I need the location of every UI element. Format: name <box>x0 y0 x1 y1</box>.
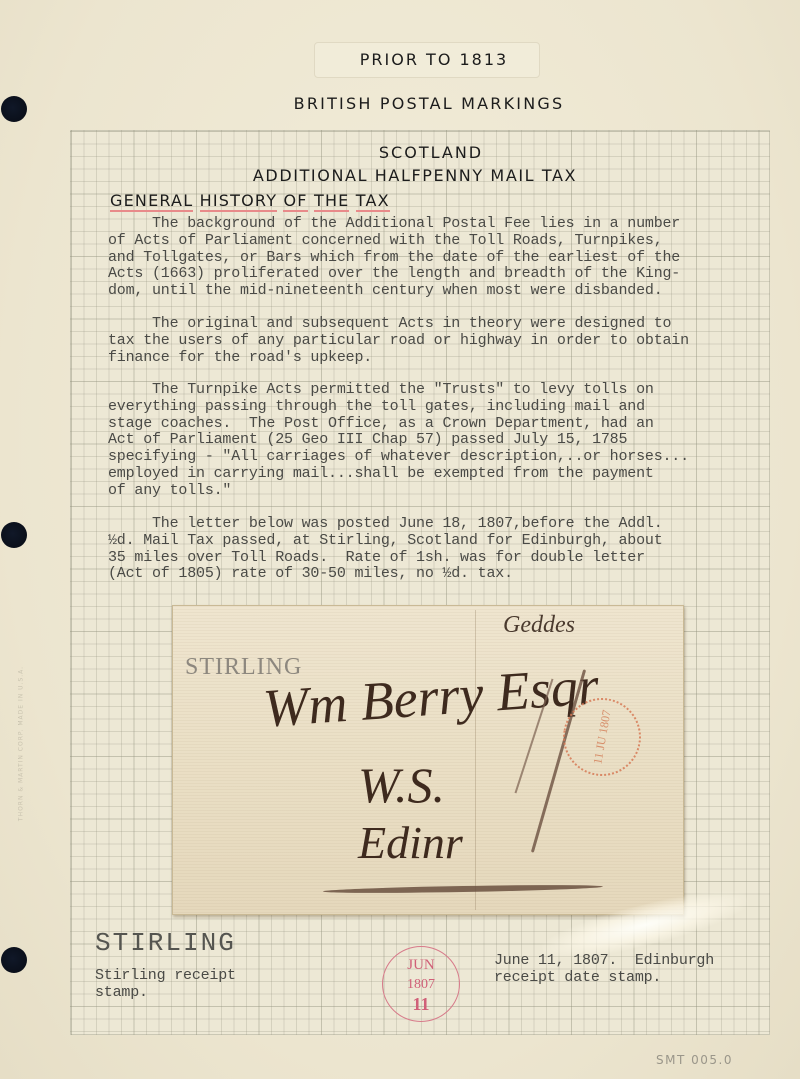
docket-note: Geddes <box>503 612 575 639</box>
heading-word: OF <box>283 191 307 212</box>
stamp-month: JUN <box>383 957 459 974</box>
postal-cover: STIRLING Geddes Wm Berry Esqr W.S. Edinr… <box>172 605 684 915</box>
ink-underline-stroke <box>323 884 603 895</box>
edinburgh-caption: June 11, 1807. Edinburgh receipt date st… <box>494 952 800 986</box>
heading-word: GENERAL <box>110 191 193 212</box>
address-line-1: Wm Berry Esqr <box>261 654 600 739</box>
stirling-stamp-illustration: STIRLING <box>95 928 236 958</box>
section-heading: GENERAL HISTORY OF THE TAX <box>110 191 390 210</box>
period-label: PRIOR TO 1813 <box>0 50 800 69</box>
subject-title: ADDITIONAL HALFPENNY MAIL TAX <box>0 166 800 185</box>
history-paragraph-2: The original and subsequent Acts in theo… <box>108 316 778 366</box>
heading-word: TAX <box>356 191 390 212</box>
cover-fold-line <box>475 610 476 910</box>
stamp-day: 11 <box>383 994 459 1015</box>
address-line-2: W.S. <box>358 756 445 814</box>
history-paragraph-3: The Turnpike Acts permitted the "Trusts"… <box>108 382 778 500</box>
receipt-stamp-illustration: JUN 1807 11 <box>382 946 460 1022</box>
collection-title: BRITISH POSTAL MARKINGS <box>0 94 800 113</box>
binder-hole-icon <box>1 947 27 973</box>
address-line-3: Edinr <box>358 816 463 869</box>
history-paragraph-1: The background of the Additional Postal … <box>108 216 778 300</box>
album-page: THORN & MARTIN CORP. MADE IN U.S.A. PRIO… <box>0 0 800 1079</box>
heading-word: THE <box>314 191 350 212</box>
page-reference: SMT 005.0 <box>656 1053 733 1067</box>
stamp-year: 1807 <box>383 977 459 993</box>
margin-imprint: THORN & MARTIN CORP. MADE IN U.S.A. <box>18 644 25 844</box>
region-title: SCOTLAND <box>0 143 800 162</box>
heading-word: HISTORY <box>200 191 278 212</box>
binder-hole-icon <box>1 522 27 548</box>
letter-description-paragraph: The letter below was posted June 18, 180… <box>108 516 778 583</box>
